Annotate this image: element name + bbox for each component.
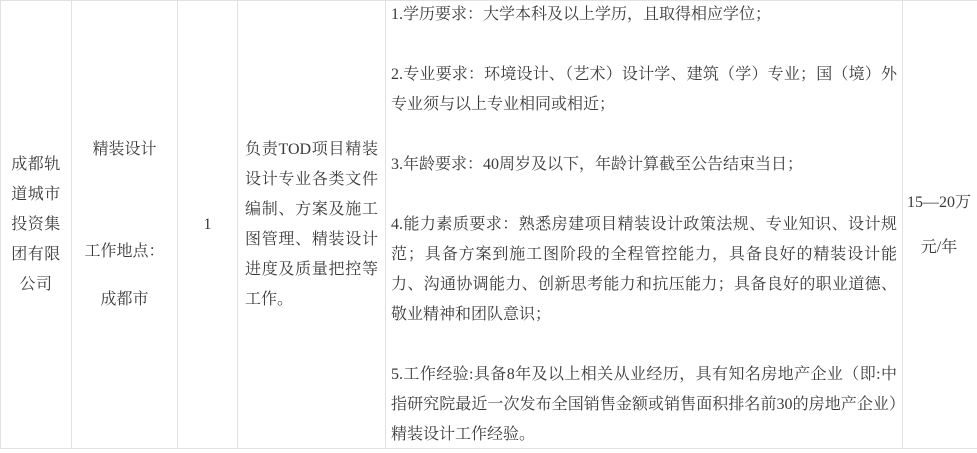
work-location-value: 成都市 bbox=[80, 285, 169, 315]
salary-value: 15—20万元/年 bbox=[907, 180, 971, 270]
position-cell: 精装设计 工作地点： 成都市 bbox=[72, 1, 178, 448]
headcount-value: 1 bbox=[204, 210, 212, 240]
company-name: 成都轨道城市投资集团有限公司 bbox=[11, 150, 61, 300]
salary-cell: 15—20万元/年 bbox=[903, 1, 975, 448]
requirement-item-competency: 4.能力素质要求：熟悉房建项目精装设计政策法规、专业知识、设计规范；具备方案到施… bbox=[391, 210, 897, 330]
headcount-cell: 1 bbox=[178, 1, 238, 448]
requirement-item-education: 1.学历要求：大学本科及以上学历，且取得相应学位； bbox=[391, 0, 897, 30]
work-location-label: 工作地点： bbox=[80, 237, 169, 267]
requirement-item-age: 3.年龄要求：40周岁及以下，年龄计算截至公告结束当日； bbox=[391, 150, 897, 180]
duties-text: 负责TOD项目精装设计专业各类文件编制、方案及施工图管理、精装设计进度及质量把控… bbox=[245, 135, 378, 315]
duties-cell: 负责TOD项目精装设计专业各类文件编制、方案及施工图管理、精装设计进度及质量把控… bbox=[238, 1, 386, 448]
company-cell: 成都轨道城市投资集团有限公司 bbox=[1, 1, 72, 448]
requirement-item-major: 2.专业要求：环境设计、（艺术）设计学、建筑（学）专业；国（境）外专业须与以上专… bbox=[391, 60, 897, 120]
position-title: 精装设计 bbox=[80, 135, 169, 165]
job-posting-table-row: 成都轨道城市投资集团有限公司 精装设计 工作地点： 成都市 1 负责TOD项目精… bbox=[0, 0, 977, 449]
requirements-cell: 1.学历要求：大学本科及以上学历，且取得相应学位； 2.专业要求：环境设计、（艺… bbox=[386, 1, 903, 448]
requirement-item-experience: 5.工作经验:具备8年及以上相关从业经历，具有知名房地产企业（即:中指研究院最近… bbox=[391, 360, 897, 450]
